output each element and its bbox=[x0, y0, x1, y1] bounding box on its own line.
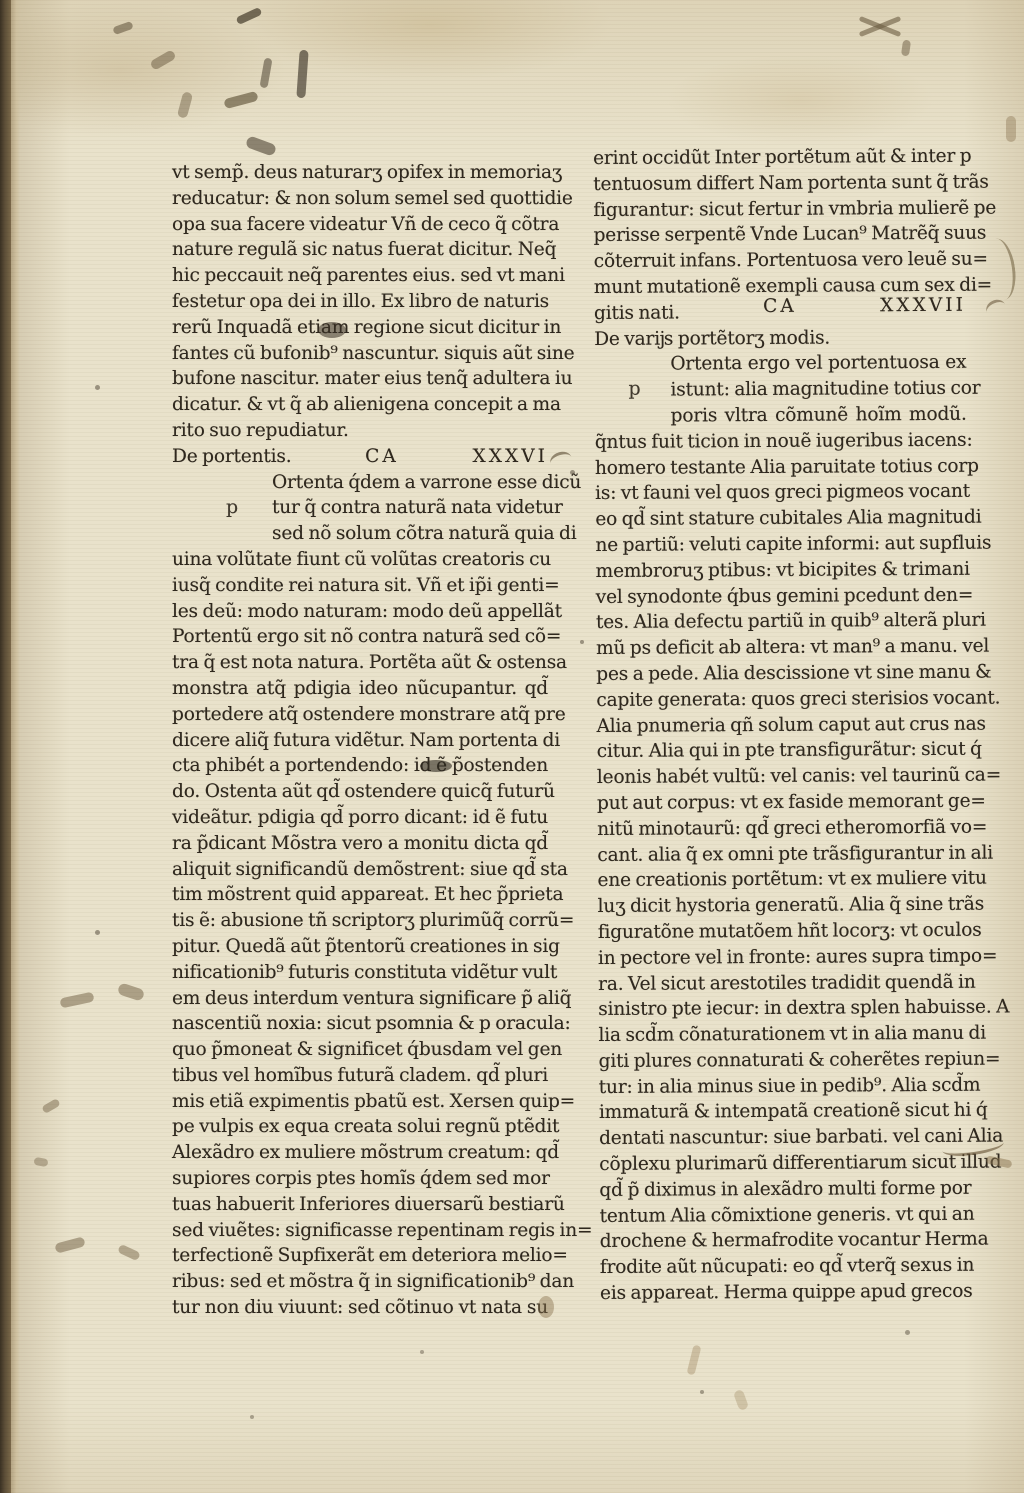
text-line: Ortenta ergo vel portentuosa ex bbox=[670, 350, 966, 378]
text-line: pitur. Quedã aũt p̃tentorũ creationes in… bbox=[172, 934, 548, 960]
dust-speck bbox=[95, 930, 100, 935]
text-line: dicere aliq̃ futura vidẽtur. Nam portent… bbox=[172, 728, 548, 754]
text-line: tur non diu viuunt: sed cõtinuo vt nata … bbox=[172, 1295, 548, 1321]
text-line: ribus: sed et mõstra q̃ in signification… bbox=[172, 1269, 548, 1295]
x-mark bbox=[859, 16, 902, 37]
text-line: portedere atq̃ ostendere monstrare atq̃ … bbox=[172, 702, 548, 728]
right-paragraph-1: erint occidũt Inter portẽtum aũt & inter… bbox=[593, 144, 966, 301]
ink-stain bbox=[223, 91, 258, 109]
left-paragraph-1: vt semp̃. deus naturarʒ opifex in memori… bbox=[172, 160, 548, 444]
chapter-heading-37: gitis nati. CA XXXVII bbox=[594, 299, 966, 327]
text-line: leonis habét vultũ: vel canis: vel tauri… bbox=[597, 763, 969, 791]
text-line: citur. Alia qui in pte transfigurãtur: s… bbox=[597, 737, 969, 765]
text-line: lia scd̃m cõnaturationem vt in alia manu… bbox=[598, 1021, 970, 1049]
text-line: mis etiã expimentis pbatũ est. Xersen qu… bbox=[172, 1089, 548, 1115]
text-line: sinistro pte iecur: in dextra splen habu… bbox=[598, 995, 970, 1023]
text-column-right: erint occidũt Inter portẽtum aũt & inter… bbox=[593, 144, 972, 1307]
text-line: supiores corpis ptes homĩs q́dem sed mor bbox=[172, 1166, 548, 1192]
text-line: monstra atq̃ pdigia ideo nũcupantur. qd̃ bbox=[172, 676, 548, 702]
margin-mark bbox=[117, 982, 145, 1001]
text-line: frodite aũt nũcupati: eo qd̃ vterq̃ sexu… bbox=[600, 1253, 972, 1281]
initial-guide-letter-right: p bbox=[628, 380, 640, 399]
text-line: cõplexu plurimarũ differentiarum sicut i… bbox=[599, 1150, 971, 1178]
text-line: nitũ minotaurũ: qd̃ greci etheromorfiã v… bbox=[597, 814, 969, 842]
text-line: cant. alia q̃ ex omni pte trãsfigurantur… bbox=[597, 840, 969, 868]
text-line: erint occidũt Inter portẽtum aũt & inter… bbox=[593, 144, 965, 172]
text-line: tes. Alia defectu partiũ in quib⁹ alterã… bbox=[596, 608, 968, 636]
text-line: tibus vel homĩbus futurã cladem. qd̃ plu… bbox=[172, 1063, 548, 1089]
flourish-mark bbox=[548, 449, 574, 472]
chapter-label: CA bbox=[763, 294, 797, 320]
ink-stain bbox=[296, 50, 308, 99]
text-line: videãtur. pdigia qd̃ porro dicant: id ẽ … bbox=[172, 805, 548, 831]
text-line: drochene & hermafrodite vocantur Herma bbox=[600, 1227, 972, 1255]
margin-mark bbox=[54, 1236, 86, 1253]
text-line: terfectionẽ Supfixerãt em deteriora meli… bbox=[172, 1243, 548, 1269]
dust-speck bbox=[580, 640, 584, 644]
chapter-line-text: gitis nati. bbox=[594, 300, 680, 326]
text-line: tur: in alia minus siue in pedib⁹. Alia … bbox=[599, 1072, 971, 1100]
text-line: Alia pnumeria qñ solum caput aut crus na… bbox=[596, 711, 968, 739]
text-line: capite generata: quos greci sterisios vo… bbox=[596, 685, 968, 713]
dust-speck bbox=[420, 1350, 424, 1354]
text-line: homero testante Alia paruitate totius co… bbox=[595, 453, 967, 481]
text-line: poris vltra cõmunẽ hoĩm modũ. bbox=[671, 402, 967, 430]
text-line: Portentũ ergo sit nõ contra naturã sed c… bbox=[172, 624, 548, 650]
text-line: tra q̃ est nota natura. Portẽta aũt & os… bbox=[172, 650, 548, 676]
text-line: put aut corpus: vt ex faside memorant ge… bbox=[597, 789, 969, 817]
text-line: qd̃ p̃ diximus in alexãdro multi forme p… bbox=[599, 1176, 971, 1204]
text-line: istunt: alia magnitudine totius cor bbox=[670, 376, 966, 404]
binding-edge bbox=[0, 0, 11, 1493]
text-line: ne partiũ: veluti capite informi: aut su… bbox=[595, 531, 967, 559]
margin-mark bbox=[59, 992, 94, 1009]
binding-edge-highlight bbox=[11, 0, 20, 1493]
text-line: is: vt fauni vel quos greci pigmeos voca… bbox=[595, 479, 967, 507]
ink-stain bbox=[245, 135, 277, 157]
text-line: ra p̃dicant Mõstra vero a monitu dicta q… bbox=[172, 831, 548, 857]
edge-drip bbox=[1006, 116, 1016, 142]
text-line: Alexãdro ex muliere mõstrum creatum: qd̃ bbox=[172, 1140, 548, 1166]
text-line: opa sua facere videatur Vñ de ceco q̃ cõ… bbox=[172, 212, 548, 238]
chapter-heading-36: De portentis. CA XXXVI bbox=[172, 444, 548, 470]
chapter-label: CA bbox=[365, 444, 399, 470]
text-line: bufone nascitur. mater eius tenq̃ adulte… bbox=[172, 366, 548, 392]
text-line: pes a pede. Alia descissione vt sine man… bbox=[596, 660, 968, 688]
text-line: figuratõne mutatõem hñt locorʒ: vt oculo… bbox=[598, 918, 970, 946]
text-line: les deũ: modo naturam: modo deũ appellãt bbox=[172, 599, 548, 625]
text-line: vel synodonte q́bus gemini pcedunt den= bbox=[596, 582, 968, 610]
text-line: aliquit significandũ demõstrent: siue qd… bbox=[172, 857, 548, 883]
ink-stain bbox=[236, 7, 263, 25]
book-page: { "page": { "paper_color": "#e9e2cb", "i… bbox=[0, 0, 1024, 1493]
text-line: em deus interdum ventura significare p̃ … bbox=[172, 986, 548, 1012]
ink-stain bbox=[901, 40, 911, 57]
ink-stain bbox=[177, 91, 193, 119]
text-line: sed nõ solum cõtra naturã quia di bbox=[272, 521, 548, 547]
text-line: rito suo repudiatur. bbox=[172, 418, 548, 444]
text-line: iusq̃ condite rei natura sit. Vñ et ip̃i… bbox=[172, 573, 548, 599]
text-line: q̃ntus fuit ticion in nouẽ iugeribus iac… bbox=[595, 427, 967, 455]
text-line: quo p̃moneat & significet q́busdam vel g… bbox=[172, 1037, 548, 1063]
text-line: pe vulpis ex equa creata solui regnũ ptẽ… bbox=[172, 1114, 548, 1140]
chapter-number: XXXVII bbox=[880, 293, 966, 319]
text-line: luʒ dicit hystoria generatũ. Alia q̃ sin… bbox=[598, 892, 970, 920]
text-line: immaturã & intempatã creationẽ sicut hi … bbox=[599, 1098, 971, 1126]
fiber-mark bbox=[686, 1344, 701, 1375]
text-line: tis ẽ: abusione tñ scriptorʒ plurimũq̃ c… bbox=[172, 908, 548, 934]
text-line: membroruʒ ptibus: vt bicipites & trimani bbox=[596, 556, 968, 584]
dust-speck bbox=[700, 1390, 704, 1394]
text-line: do. Ostenta aũt qd̃ ostendere quicq̃ fut… bbox=[172, 779, 548, 805]
dust-speck bbox=[250, 1415, 254, 1419]
text-line: dicatur. & vt q̃ ab alienigena concepit … bbox=[172, 392, 548, 418]
text-line: vt semp̃. deus naturarʒ opifex in memori… bbox=[172, 160, 548, 186]
text-line: fantes cũ bufonib⁹ nascuntur. siquis aũt… bbox=[172, 341, 548, 367]
text-line: nature regulã sic natus fuerat dicitur. … bbox=[172, 237, 548, 263]
text-line: sed viuẽtes: significasse repentinam reg… bbox=[172, 1218, 548, 1244]
text-line: cõterruit infans. Portentuosa vero leuẽ … bbox=[594, 247, 966, 275]
chapter-number: XXXVI bbox=[473, 444, 548, 470]
text-line: in pectore vel in fronte: aures supra ti… bbox=[598, 943, 970, 971]
initial-guide-letter-left: p bbox=[226, 498, 238, 517]
ink-stain bbox=[149, 49, 177, 71]
dust-speck bbox=[95, 385, 100, 390]
text-line: nificationib⁹ futuris constituta vidẽtur… bbox=[172, 960, 548, 986]
text-line: rerũ Inquadã etiam regione sicut dicitur… bbox=[172, 315, 548, 341]
margin-mark bbox=[33, 1157, 48, 1167]
left-paragraph-2: uina volũtate fiunt cũ volũtas creatoris… bbox=[172, 547, 548, 1321]
text-line: perisse serpentẽ Vnde Lucan⁹ Matrẽq̃ suu… bbox=[593, 221, 965, 249]
text-line: uina volũtate fiunt cũ volũtas creatoris… bbox=[172, 547, 548, 573]
text-line: hic peccauit neq̃ parentes eius. sed vt … bbox=[172, 263, 548, 289]
text-line: figurantur: sicut fertur in vmbria mulie… bbox=[593, 195, 965, 223]
text-line: tim mõstrent quid appareat. Et hec p̃pri… bbox=[172, 882, 548, 908]
text-line: tentuosum differt Nam portenta sunt q̃ t… bbox=[593, 170, 965, 198]
text-line: tentum Alia cõmixtione generis. vt qui a… bbox=[599, 1201, 971, 1229]
margin-mark bbox=[41, 1098, 61, 1114]
text-line: dentati nascuntur: siue barbati. vel can… bbox=[599, 1124, 971, 1152]
text-line: mũ ps deficit ab altera: vt man⁹ a manu.… bbox=[596, 634, 968, 662]
section-heading: De varĳs portẽtorʒ modis. bbox=[594, 324, 966, 352]
fiber-mark bbox=[733, 1389, 749, 1411]
text-line: eo qd̃ sint stature cubitales Alia magni… bbox=[595, 505, 967, 533]
text-column-left: vt semp̃. deus naturarʒ opifex in memori… bbox=[172, 160, 548, 1321]
right-initial-indent-block: Ortenta ergo vel portentuosa existunt: a… bbox=[670, 350, 966, 429]
chapter-title: De portentis. bbox=[172, 444, 291, 470]
ink-stain bbox=[259, 58, 272, 89]
dust-speck bbox=[905, 1330, 910, 1335]
left-initial-indent-block: Ortenta q́dem a varrone esse dicũtur q̃ … bbox=[272, 470, 548, 547]
text-line: cta phibét a portendendo: id ẽ p̃ostende… bbox=[172, 753, 548, 779]
text-line: ene creationis portẽtum: vt ex muliere v… bbox=[597, 866, 969, 894]
text-line: nascentiũ noxia: sicut psomnia & p oracu… bbox=[172, 1011, 548, 1037]
text-line: eis appareat. Herma quippe apud grecos bbox=[600, 1279, 972, 1307]
text-line: tuas habuerit Inferiores diuersarũ besti… bbox=[172, 1192, 548, 1218]
x-mark bbox=[859, 16, 902, 37]
text-line: giti plures connaturati & coherẽtes repi… bbox=[599, 1047, 971, 1075]
margin-mark bbox=[117, 1244, 141, 1261]
text-line: festetur opa dei in illo. Ex libro de na… bbox=[172, 289, 548, 315]
right-paragraph-2: q̃ntus fuit ticion in nouẽ iugeribus iac… bbox=[595, 427, 972, 1306]
text-line: tur q̃ contra naturã nata videtur bbox=[272, 495, 548, 521]
text-line: ra. Vel sicut arestotiles tradidit quend… bbox=[598, 969, 970, 997]
flourish-mark bbox=[983, 297, 1008, 321]
ink-stain bbox=[112, 21, 134, 35]
text-line: Ortenta q́dem a varrone esse dicũ bbox=[272, 470, 548, 496]
text-line: reducatur: & non solum semel sed quottid… bbox=[172, 186, 548, 212]
